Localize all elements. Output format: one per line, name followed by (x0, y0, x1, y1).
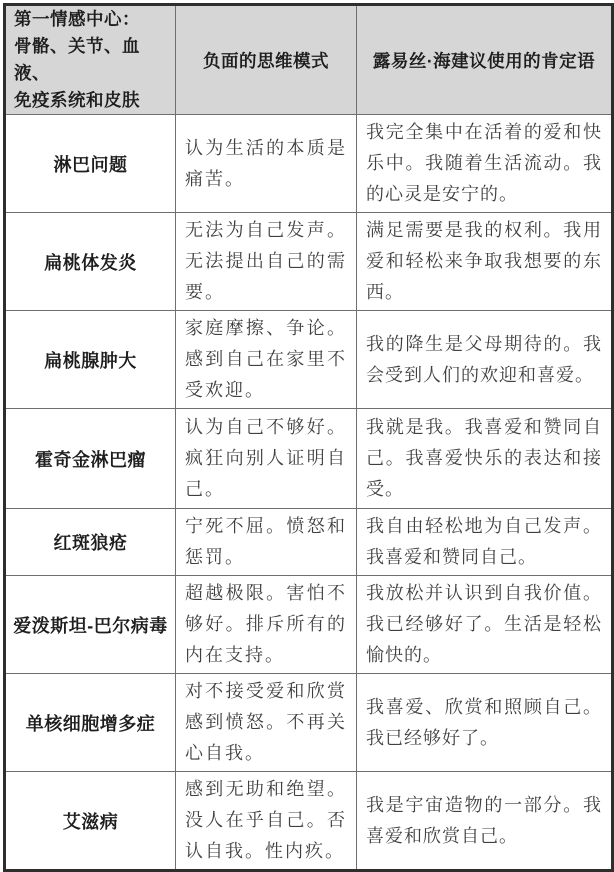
table-header-row: 第一情感中心： 骨骼、关节、血液、 免疫系统和皮肤 负面的思维模式 露易丝·海建… (5, 5, 613, 115)
cell-negative-pattern: 超越极限。害怕不够好。排斥所有的内在支持。 (176, 576, 357, 674)
cell-negative-pattern: 认为生活的本质是痛苦。 (176, 115, 357, 213)
cell-negative-pattern: 宁死不屈。愤怒和惩罚。 (176, 509, 357, 576)
cell-condition-name: 红斑狼疮 (5, 509, 176, 576)
cell-condition-name: 单核细胞增多症 (5, 674, 176, 772)
scanned-document-page: 第一情感中心： 骨骼、关节、血液、 免疫系统和皮肤 负面的思维模式 露易丝·海建… (0, 0, 614, 835)
cell-negative-pattern: 对不接受爱和欣赏感到愤怒。不再关心自我。 (176, 674, 357, 772)
cell-affirmation: 我就是我。我喜爱和赞同自己。我喜爱快乐的表达和接受。 (357, 409, 613, 509)
cell-affirmation: 我完全集中在活着的爱和快乐中。我随着生活流动。我的心灵是安宁的。 (357, 115, 613, 213)
header-cell-affirmation: 露易丝·海建议使用的肯定语 (357, 5, 613, 115)
cell-affirmation: 我自由轻松地为自己发声。我喜爱和赞同自己。 (357, 509, 613, 576)
table-row: 霍奇金淋巴瘤 认为自己不够好。疯狂向别人证明自己。 我就是我。我喜爱和赞同自己。… (5, 409, 613, 509)
header-cell-negative-pattern: 负面的思维模式 (176, 5, 357, 115)
header-cell-emotion-center: 第一情感中心： 骨骼、关节、血液、 免疫系统和皮肤 (5, 5, 176, 115)
cell-condition-name: 扁桃体发炎 (5, 213, 176, 311)
table-row: 红斑狼疮 宁死不屈。愤怒和惩罚。 我自由轻松地为自己发声。我喜爱和赞同自己。 (5, 509, 613, 576)
cell-condition-name: 霍奇金淋巴瘤 (5, 409, 176, 509)
table-row: 单核细胞增多症 对不接受爱和欣赏感到愤怒。不再关心自我。 我喜爱、欣赏和照顾自己… (5, 674, 613, 772)
cell-affirmation: 我放松并认识到自我价值。我已经够好了。生活是轻松愉快的。 (357, 576, 613, 674)
cell-negative-pattern: 家庭摩擦、争论。感到自己在家里不受欢迎。 (176, 311, 357, 409)
table-row: 淋巴问题 认为生活的本质是痛苦。 我完全集中在活着的爱和快乐中。我随着生活流动。… (5, 115, 613, 213)
cell-affirmation: 我是宇宙造物的一部分。我喜爱和欣赏自己。 (357, 772, 613, 871)
cell-condition-name: 扁桃腺肿大 (5, 311, 176, 409)
table-row: 扁桃腺肿大 家庭摩擦、争论。感到自己在家里不受欢迎。 我的降生是父母期待的。我会… (5, 311, 613, 409)
table-row: 爱泼斯坦-巴尔病毒 超越极限。害怕不够好。排斥所有的内在支持。 我放松并认识到自… (5, 576, 613, 674)
cell-negative-pattern: 无法为自己发声。无法提出自己的需要。 (176, 213, 357, 311)
cell-affirmation: 我的降生是父母期待的。我会受到人们的欢迎和喜爱。 (357, 311, 613, 409)
cell-affirmation: 我喜爱、欣赏和照顾自己。我已经够好了。 (357, 674, 613, 772)
cell-condition-name: 淋巴问题 (5, 115, 176, 213)
cell-negative-pattern: 认为自己不够好。疯狂向别人证明自己。 (176, 409, 357, 509)
cell-negative-pattern: 感到无助和绝望。没人在乎自己。否认自我。性内疚。 (176, 772, 357, 871)
table-row: 扁桃体发炎 无法为自己发声。无法提出自己的需要。 满足需要是我的权利。我用爱和轻… (5, 213, 613, 311)
cell-condition-name: 爱泼斯坦-巴尔病毒 (5, 576, 176, 674)
table-row: 艾滋病 感到无助和绝望。没人在乎自己。否认自我。性内疚。 我是宇宙造物的一部分。… (5, 772, 613, 871)
affirmation-table: 第一情感中心： 骨骼、关节、血液、 免疫系统和皮肤 负面的思维模式 露易丝·海建… (3, 3, 614, 872)
cell-affirmation: 满足需要是我的权利。我用爱和轻松来争取我想要的东西。 (357, 213, 613, 311)
cell-condition-name: 艾滋病 (5, 772, 176, 871)
